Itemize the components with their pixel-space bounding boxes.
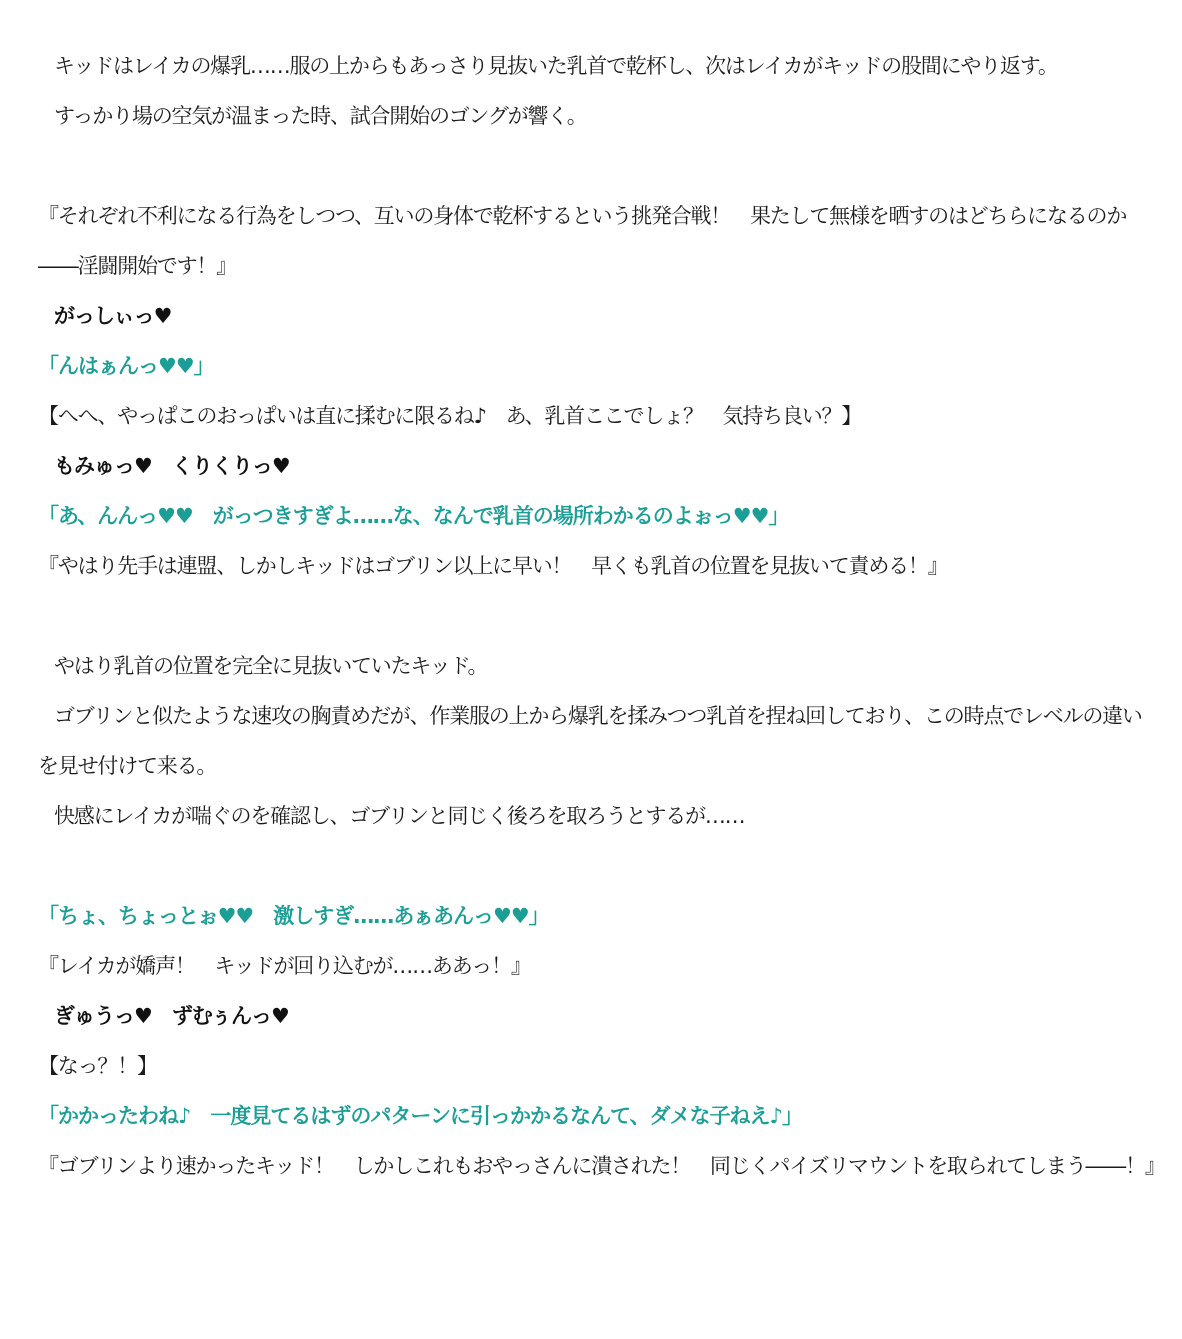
speech-line: 「ちょ、ちょっとぉ♥♥ 激しすぎ……あぁあんっ♥♥」 — [38, 901, 549, 931]
announcer-line: 『レイカが嬌声！ キッドが回り込むが……ああっ！』 — [38, 951, 531, 981]
narration-line: ゴブリンと似たような速攻の胸責めだが、作業服の上から爆乳を揉みつつ乳首を捏ね回し… — [54, 701, 1142, 731]
speech-line: 「んはぁんっ♥♥」 — [38, 351, 214, 381]
sound-effect-line: もみゅっ♥ くりくりっ♥ — [54, 451, 290, 481]
document-page: キッドはレイカの爆乳……服の上からもあっさり見抜いた乳首で乾杯し、次はレイカがキ… — [0, 0, 1182, 1339]
narration-line: やはり乳首の位置を完全に見抜いていたキッド。 — [54, 651, 487, 681]
narration-line: キッドはレイカの爆乳……服の上からもあっさり見抜いた乳首で乾杯し、次はレイカがキ… — [54, 51, 1058, 81]
announcer-line: 『やはり先手は連盟、しかしキッドはゴブリン以上に早い！ 早くも乳首の位置を見抜い… — [38, 551, 948, 581]
announcer-line: 『ゴブリンより速かったキッド！ しかしこれもおやっさんに潰された！ 同じくパイズ… — [38, 1151, 1165, 1181]
narration-line: すっかり場の空気が温まった時、試合開始のゴングが響く。 — [54, 101, 587, 131]
narration-line: を見せ付けて来る。 — [38, 751, 216, 781]
sound-effect-line: がっしぃっ♥ — [54, 301, 171, 331]
speech-line: 「かかったわね♪ 一度見てるはずのパターンに引っかかるなんて、ダメな子ねえ♪」 — [38, 1101, 802, 1131]
dialogue-line: 【へへ、やっぱこのおっぱいは直に揉むに限るね♪ あ、乳首ここでしょ？ 気持ち良い… — [38, 401, 861, 431]
announcer-line: ――淫闘開始です！』 — [38, 251, 236, 281]
sound-effect-line: ぎゅうっ♥ ずむぅんっ♥ — [54, 1001, 289, 1031]
dialogue-line: 【なっ？！】 — [38, 1051, 157, 1081]
narration-line: 快感にレイカが喘ぐのを確認し、ゴブリンと同じく後ろを取ろうとするが…… — [54, 801, 744, 831]
announcer-line: 『それぞれ不利になる行為をしつつ、互いの身体で乾杯するという挑発合戦！ 果たして… — [38, 201, 1126, 231]
speech-line: 「あ、んんっ♥♥ がっつきすぎよ……な、なんで乳首の場所わかるのよぉっ♥♥」 — [38, 501, 788, 531]
